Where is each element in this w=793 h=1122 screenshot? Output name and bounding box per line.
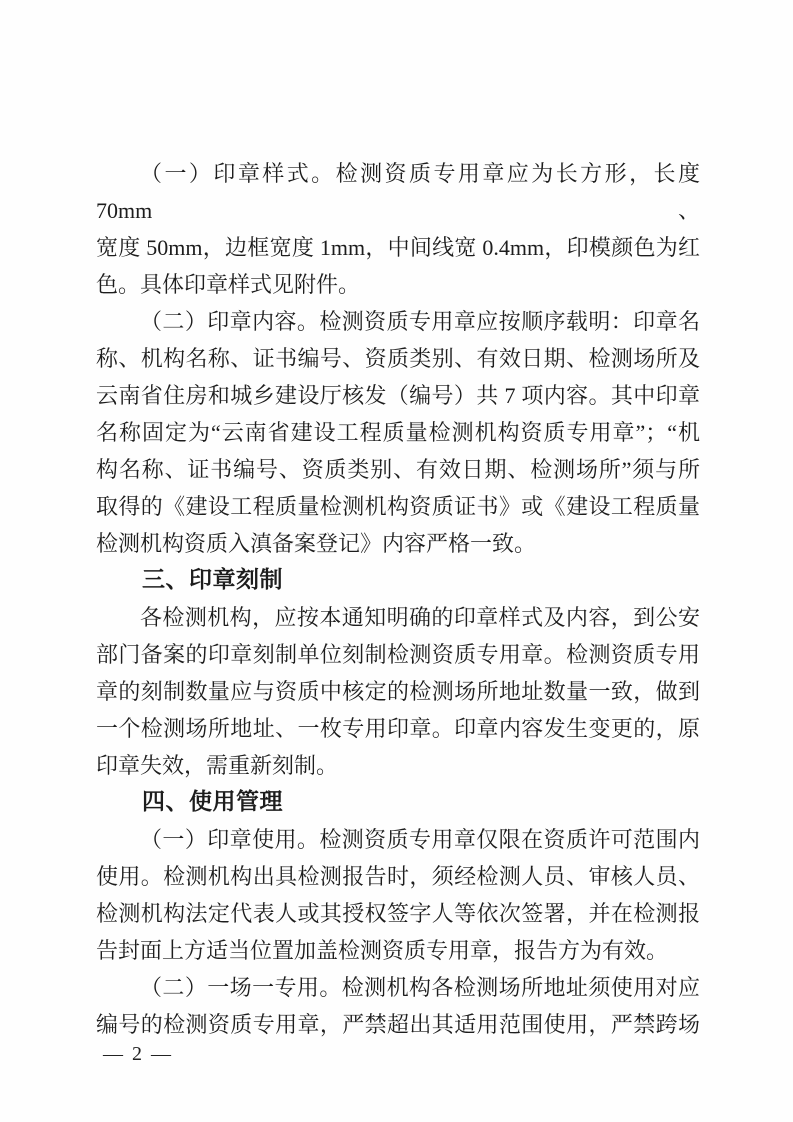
document-line: 名称固定为“云南省建设工程质量检测机构资质专用章”；“机 xyxy=(96,414,700,451)
document-line: 云南省住房和城乡建设厅核发（编号）共 7 项内容。其中印章 xyxy=(96,377,700,414)
document-line: 部门备案的印章刻制单位刻制检测资质专用章。检测资质专用 xyxy=(96,636,700,673)
document-line: 一个检测场所地址、一枚专用印章。印章内容发生变更的，原 xyxy=(96,710,700,747)
section-heading: 三、印章刻制 xyxy=(96,562,700,599)
document-line: 色。具体印章样式见附件。 xyxy=(96,266,700,303)
document-line: 告封面上方适当位置加盖检测资质专用章，报告方为有效。 xyxy=(96,932,700,969)
document-line: 构名称、证书编号、资质类别、有效日期、检测场所”须与所 xyxy=(96,451,700,488)
document-line: （二）印章内容。检测资质专用章应按顺序载明：印章名 xyxy=(96,303,700,340)
document-line: （一）印章使用。检测资质专用章仅限在资质许可范围内 xyxy=(96,821,700,858)
document-line: （一）印章样式。检测资质专用章应为长方形，长度 70mm、 xyxy=(96,155,700,229)
document-lines: （一）印章样式。检测资质专用章应为长方形，长度 70mm、宽度 50mm，边框宽… xyxy=(96,155,700,1043)
document-body: （一）印章样式。检测资质专用章应为长方形，长度 70mm、宽度 50mm，边框宽… xyxy=(96,155,700,1043)
document-line: 各检测机构，应按本通知明确的印章样式及内容，到公安 xyxy=(96,599,700,636)
document-line: 检测机构法定代表人或其授权签字人等依次签署，并在检测报 xyxy=(96,895,700,932)
document-line: 取得的《建设工程质量检测机构资质证书》或《建设工程质量 xyxy=(96,488,700,525)
section-heading: 四、使用管理 xyxy=(96,784,700,821)
document-line: 检测机构资质入滇备案登记》内容严格一致。 xyxy=(96,525,700,562)
page-number: — 2 — xyxy=(103,1043,173,1066)
document-line: 称、机构名称、证书编号、资质类别、有效日期、检测场所及 xyxy=(96,340,700,377)
document-line: 宽度 50mm，边框宽度 1mm，中间线宽 0.4mm，印模颜色为红 xyxy=(96,229,700,266)
document-line: （二）一场一专用。检测机构各检测场所地址须使用对应 xyxy=(96,969,700,1006)
document-line: 章的刻制数量应与资质中核定的检测场所地址数量一致，做到 xyxy=(96,673,700,710)
document-page: （一）印章样式。检测资质专用章应为长方形，长度 70mm、宽度 50mm，边框宽… xyxy=(0,0,793,1122)
document-line: 编号的检测资质专用章，严禁超出其适用范围使用，严禁跨场 xyxy=(96,1006,700,1043)
document-line: 使用。检测机构出具检测报告时，须经检测人员、审核人员、 xyxy=(96,858,700,895)
document-line: 印章失效，需重新刻制。 xyxy=(96,747,700,784)
